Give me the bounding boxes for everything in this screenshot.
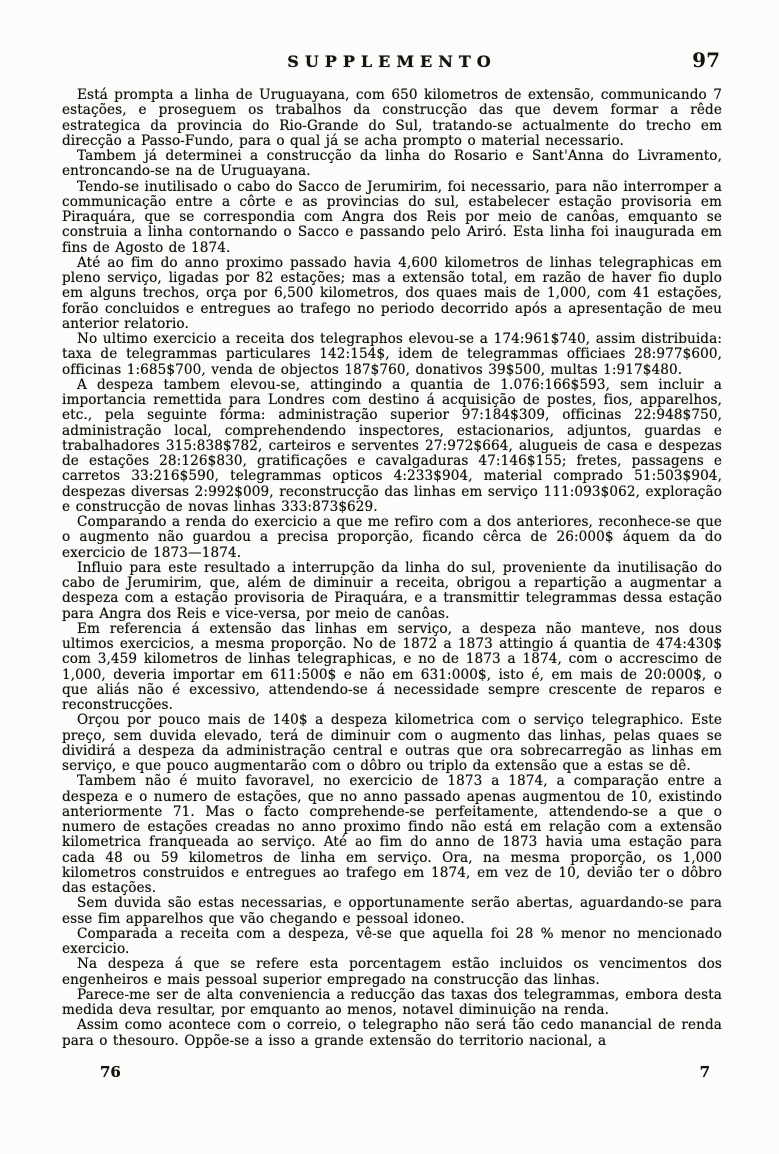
paragraph-4: Até ao fim do anno proximo passado havia… bbox=[62, 256, 722, 332]
footer-catchword-number: 7 bbox=[700, 1063, 710, 1081]
paragraph-12: Sem duvida são estas necessarias, e oppo… bbox=[62, 896, 722, 927]
body-text: Está prompta a linha de Uruguayana, com … bbox=[62, 88, 722, 1049]
paragraph-1: Está prompta a linha de Uruguayana, com … bbox=[62, 88, 722, 149]
paragraph-8: Influio para este resultado a interrupçã… bbox=[62, 561, 722, 622]
paragraph-16: Assim como acontece com o correio, o tel… bbox=[62, 1018, 722, 1049]
paragraph-15: Parece-me ser de alta conveniencia a red… bbox=[62, 988, 722, 1019]
paragraph-2: Tambem já determinei a construcção da li… bbox=[62, 149, 722, 180]
page-number: 97 bbox=[692, 48, 720, 72]
header-title: SUPPLEMENTO bbox=[62, 52, 722, 71]
paragraph-9: Em referencia á extensão das linhas em s… bbox=[62, 622, 722, 714]
footer-signature-number: 76 bbox=[100, 1063, 121, 1081]
paragraph-14: Na despeza á que se refere esta porcenta… bbox=[62, 957, 722, 988]
paragraph-11: Tambem não é muito favoravel, no exercic… bbox=[62, 774, 722, 896]
paragraph-10: Orçou por pouco mais de 140$ a despeza k… bbox=[62, 713, 722, 774]
paragraph-7: Comparando a renda do exercicio a que me… bbox=[62, 515, 722, 561]
footer: 76 7 bbox=[62, 1063, 722, 1083]
paragraph-5: No ultimo exercicio a receita dos telegr… bbox=[62, 332, 722, 378]
paragraph-6: A despeza tambem elevou-se, attingindo a… bbox=[62, 378, 722, 515]
document-page: SUPPLEMENTO 97 Está prompta a linha de U… bbox=[0, 0, 779, 1154]
paragraph-13: Comparada a receita com a despeza, vê-se… bbox=[62, 927, 722, 958]
paragraph-3: Tendo-se inutilisado o cabo do Sacco de … bbox=[62, 180, 722, 256]
running-header: SUPPLEMENTO 97 bbox=[62, 52, 722, 78]
